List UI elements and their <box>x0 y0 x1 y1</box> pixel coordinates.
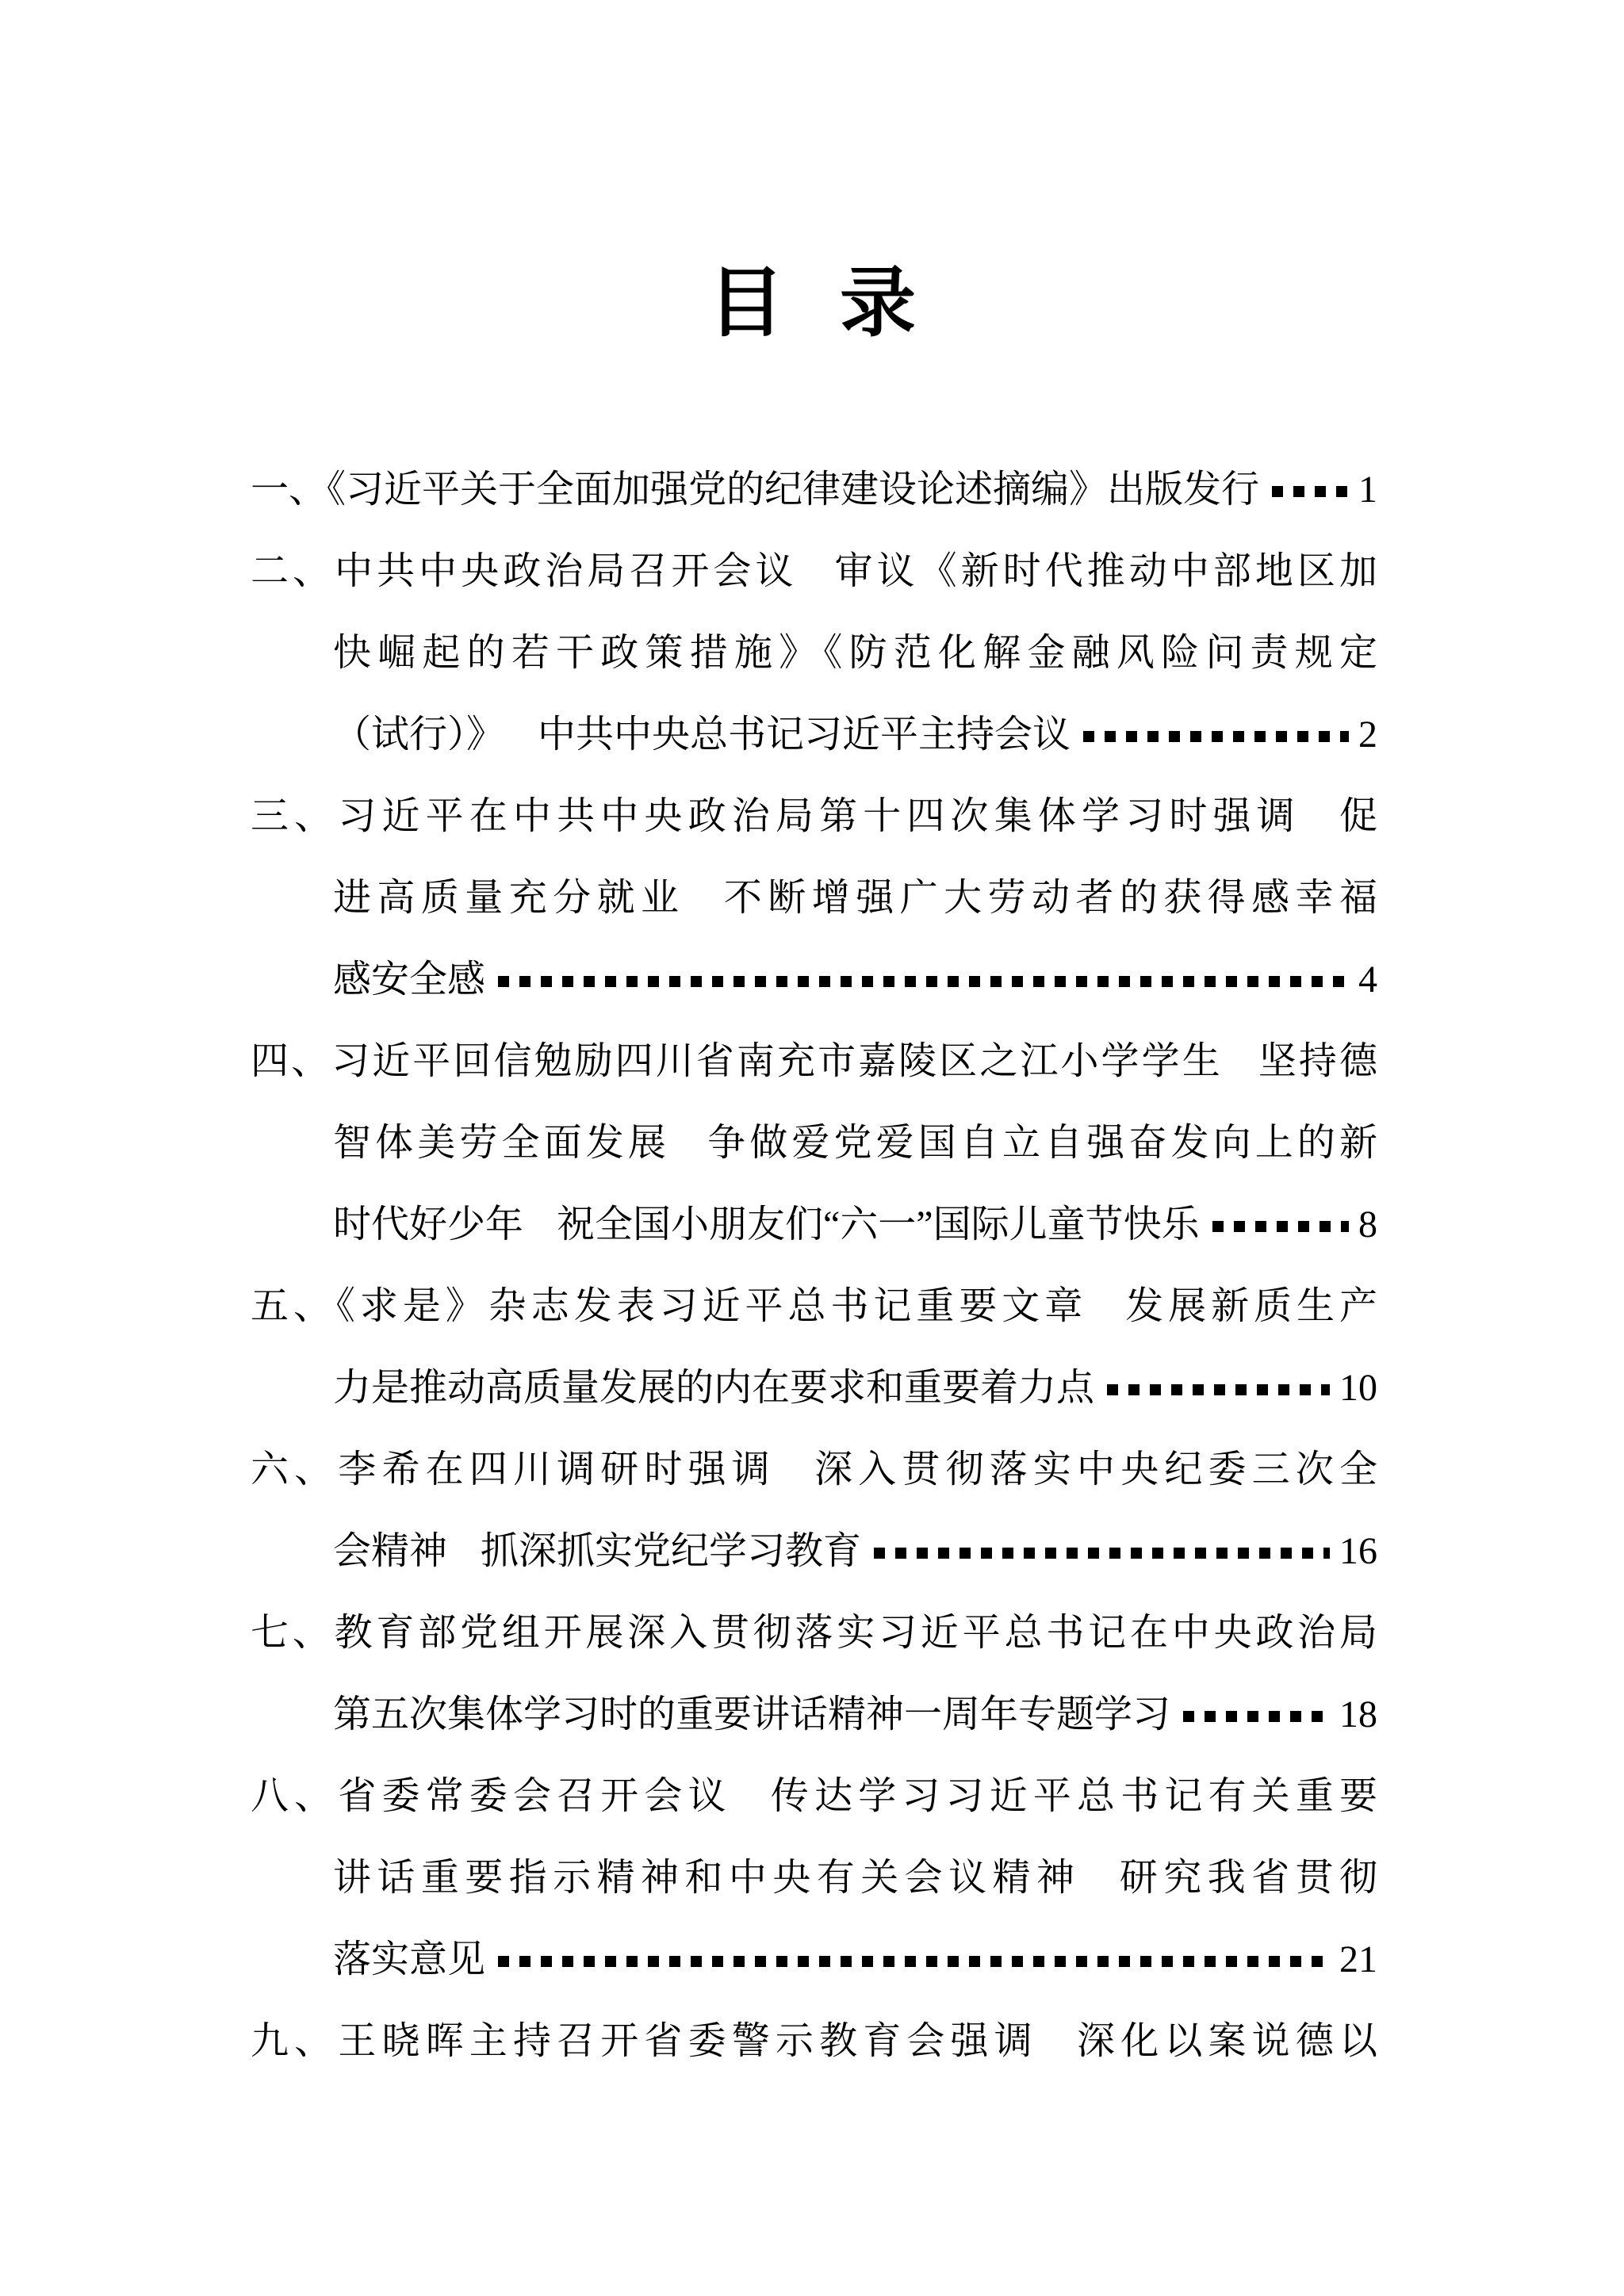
toc-line: 六、李希在四川调研时强调 深入贯彻落实中央纪委三次全 <box>251 1429 1377 1510</box>
toc-line: 八、省委常委会召开会议 传达学习习近平总书记有关重要 <box>251 1755 1377 1837</box>
toc-entry: 六、李希在四川调研时强调 深入贯彻落实中央纪委三次全会精神 抓深抓实党纪学习教育… <box>251 1429 1377 1592</box>
toc-entry-text: 时代好少年 祝全国小朋友们“六一”国际儿童节快乐 <box>333 1184 1200 1265</box>
toc-line: 四、习近平回信勉励四川省南充市嘉陵区之江小学学生 坚持德 <box>251 1020 1377 1102</box>
toc-entry-text: 感安全感 <box>333 939 485 1020</box>
dot-leader <box>498 976 1349 987</box>
toc-entry: 四、习近平回信勉励四川省南充市嘉陵区之江小学学生 坚持德智体美劳全面发展 争做爱… <box>251 1020 1377 1265</box>
toc-line: 进高质量充分就业 不断增强广大劳动者的获得感幸福 <box>251 857 1377 939</box>
page-number: 4 <box>1358 939 1377 1020</box>
toc-entry-text: 快崛起的若干政策措施》《防范化解金融风险问责规定 <box>333 632 1377 674</box>
page-number: 18 <box>1339 1674 1377 1755</box>
toc-entry-text: 第五次集体学习时的重要讲话精神一周年专题学习 <box>333 1674 1170 1755</box>
dot-leader <box>1272 486 1349 497</box>
page-number: 1 <box>1358 449 1377 530</box>
toc-entry: 二、中共中央政治局召开会议 审议《新时代推动中部地区加快崛起的若干政策措施》《防… <box>251 530 1377 775</box>
toc-entry: 一、《习近平关于全面加强党的纪律建设论述摘编》出版发行1 <box>251 449 1377 530</box>
toc-entry: 八、省委常委会召开会议 传达学习习近平总书记有关重要讲话重要指示精神和中央有关会… <box>251 1755 1377 2000</box>
toc-entry-text: 落实意见 <box>333 1919 485 2000</box>
page-number: 2 <box>1358 694 1377 775</box>
page-number: 21 <box>1339 1919 1377 2000</box>
toc-entry-text: 七、教育部党组开展深入贯彻落实习近平总书记在中央政治局 <box>251 1612 1377 1654</box>
dot-leader <box>874 1548 1330 1559</box>
toc-line: 九、王晓晖主持召开省委警示教育会强调 深化以案说德以 <box>251 2000 1377 2082</box>
toc-line: 会精神 抓深抓实党纪学习教育16 <box>251 1510 1377 1592</box>
toc-entry-text: 一、《习近平关于全面加强党的纪律建设论述摘编》出版发行 <box>251 449 1259 530</box>
toc-line: 落实意见21 <box>251 1919 1377 2000</box>
toc-line: 一、《习近平关于全面加强党的纪律建设论述摘编》出版发行1 <box>251 449 1377 530</box>
toc-line: 感安全感4 <box>251 939 1377 1020</box>
toc-entry: 三、习近平在中共中央政治局第十四次集体学习时强调 促进高质量充分就业 不断增强广… <box>251 775 1377 1020</box>
toc-entry-text: 智体美劳全面发展 争做爱党爱国自立自强奋发向上的新 <box>333 1122 1377 1164</box>
dot-leader <box>1107 1384 1330 1395</box>
toc-line: 三、习近平在中共中央政治局第十四次集体学习时强调 促 <box>251 775 1377 857</box>
toc-line: 七、教育部党组开展深入贯彻落实习近平总书记在中央政治局 <box>251 1592 1377 1674</box>
toc-entry-text: （试行）》 中共中央总书记习近平主持会议 <box>333 694 1071 775</box>
toc-line: （试行）》 中共中央总书记习近平主持会议2 <box>251 694 1377 775</box>
toc-entry-text: 四、习近平回信勉励四川省南充市嘉陵区之江小学学生 坚持德 <box>251 1040 1377 1082</box>
dot-leader <box>498 1956 1330 1967</box>
toc-entry: 九、王晓晖主持召开省委警示教育会强调 深化以案说德以 <box>251 2000 1377 2082</box>
toc-list: 一、《习近平关于全面加强党的纪律建设论述摘编》出版发行1二、中共中央政治局召开会… <box>251 449 1377 2082</box>
toc-entry-text: 九、王晓晖主持召开省委警示教育会强调 深化以案说德以 <box>251 2020 1377 2062</box>
toc-line: 快崛起的若干政策措施》《防范化解金融风险问责规定 <box>251 612 1377 694</box>
page-number: 16 <box>1339 1510 1377 1592</box>
document-page: 目 录 一、《习近平关于全面加强党的纪律建设论述摘编》出版发行1二、中共中央政治… <box>0 0 1624 2296</box>
toc-entry-text: 进高质量充分就业 不断增强广大劳动者的获得感幸福 <box>333 877 1377 919</box>
toc-entry-text: 力是推动高质量发展的内在要求和重要着力点 <box>333 1347 1094 1429</box>
toc-entry: 五、《求是》杂志发表习近平总书记重要文章 发展新质生产力是推动高质量发展的内在要… <box>251 1265 1377 1429</box>
toc-line: 力是推动高质量发展的内在要求和重要着力点10 <box>251 1347 1377 1429</box>
dot-leader <box>1212 1221 1349 1232</box>
toc-entry-text: 五、《求是》杂志发表习近平总书记重要文章 发展新质生产 <box>251 1285 1377 1327</box>
dot-leader <box>1083 731 1349 742</box>
toc-line: 二、中共中央政治局召开会议 审议《新时代推动中部地区加 <box>251 530 1377 612</box>
toc-entry-text: 会精神 抓深抓实党纪学习教育 <box>333 1510 861 1592</box>
page-title: 目 录 <box>0 252 1624 355</box>
toc-entry: 七、教育部党组开展深入贯彻落实习近平总书记在中央政治局第五次集体学习时的重要讲话… <box>251 1592 1377 1755</box>
toc-entry-text: 三、习近平在中共中央政治局第十四次集体学习时强调 促 <box>251 795 1377 837</box>
toc-entry-text: 二、中共中央政治局召开会议 审议《新时代推动中部地区加 <box>251 550 1377 592</box>
dot-leader <box>1183 1711 1330 1722</box>
toc-entry-text: 六、李希在四川调研时强调 深入贯彻落实中央纪委三次全 <box>251 1448 1377 1490</box>
toc-line: 五、《求是》杂志发表习近平总书记重要文章 发展新质生产 <box>251 1265 1377 1347</box>
toc-line: 第五次集体学习时的重要讲话精神一周年专题学习18 <box>251 1674 1377 1755</box>
toc-line: 时代好少年 祝全国小朋友们“六一”国际儿童节快乐8 <box>251 1184 1377 1265</box>
toc-entry-text: 讲话重要指示精神和中央有关会议精神 研究我省贯彻 <box>333 1857 1377 1899</box>
toc-line: 智体美劳全面发展 争做爱党爱国自立自强奋发向上的新 <box>251 1102 1377 1184</box>
page-number: 10 <box>1339 1347 1377 1429</box>
page-number: 8 <box>1358 1184 1377 1265</box>
toc-line: 讲话重要指示精神和中央有关会议精神 研究我省贯彻 <box>251 1837 1377 1919</box>
toc-entry-text: 八、省委常委会召开会议 传达学习习近平总书记有关重要 <box>251 1775 1377 1817</box>
